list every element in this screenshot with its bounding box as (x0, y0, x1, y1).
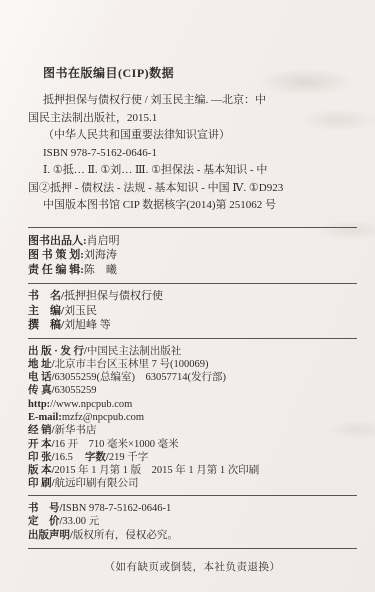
row-editor: 责 任 编 辑:陈 曦 (28, 263, 357, 278)
row-value: 63055259 (55, 385, 97, 396)
row-label: 传 真/ (28, 385, 55, 396)
row-value: 刘海涛 (84, 249, 117, 261)
cip-isbn-line: ISBN 978-7-5162-0646-1 (28, 145, 357, 163)
row-value: 北京市丰台区玉林里 7 号(100069) (55, 359, 209, 370)
cip-classification-line-2: 国②抵押 - 债权法 - 法规 - 基本知识 - 中国 Ⅳ. ①D923 (28, 180, 357, 198)
row-label: 印 刷/ (28, 478, 55, 489)
row-label: 出 版 · 发 行/ (28, 346, 87, 357)
row-chief-editor: 主 编/刘玉民 (28, 304, 357, 319)
row-value: 2015 年 1 月第 1 版 2015 年 1 月第 1 次印刷 (55, 465, 260, 476)
row-label: 书 名/ (28, 290, 64, 302)
row-label: 出版声明/ (28, 530, 73, 541)
publishing-section: 出 版 · 发 行/中国民主法制出版社 地 址/北京市丰台区玉林里 7 号(10… (28, 345, 357, 491)
cip-classification-line-1: Ⅰ. ①抵… Ⅱ. ①刘… Ⅲ. ①担保法 - 基本知识 - 中 (28, 162, 357, 180)
row-producer: 图书出品人:肖启明 (28, 234, 357, 249)
row-planner: 图 书 策 划:刘海涛 (28, 248, 357, 263)
row-label-2: 字数/ (85, 452, 109, 463)
row-label: 经 销/ (28, 425, 55, 436)
row-writer: 撰 稿/刘旭峰 等 (28, 318, 357, 333)
page-content: 图书在版编目(CIP)数据 抵押担保与债权行使 / 刘玉民主编. —北京：中 国… (0, 0, 375, 574)
row-distributor: 经 销/新华书店 (28, 424, 357, 437)
row-value: 刘玉民 (64, 305, 97, 317)
row-value: 陈 曦 (84, 264, 117, 276)
row-value: 63055259(总编室) 63057714(发行部) (55, 372, 227, 383)
row-isbn: 书 号/ISBN 978-7-5162-0646-1 (28, 502, 357, 516)
replacement-notice: （如有缺页或倒装，本社负责退换） (28, 559, 357, 574)
isbn-price-section: 书 号/ISBN 978-7-5162-0646-1 定 价/33.00 元 出… (28, 502, 357, 543)
row-value: 刘旭峰 等 (64, 319, 111, 331)
divider (28, 548, 357, 549)
row-label: 责 任 编 辑: (28, 264, 84, 276)
row-value: 新华书店 (55, 425, 97, 436)
cip-title-line: 抵押担保与债权行使 / 刘玉民主编. —北京：中 (28, 92, 357, 110)
row-sheets-wordcount: 印 张/16.5字数/219 千字 (28, 451, 357, 464)
row-value: //www.npcpub.com (50, 399, 132, 410)
row-label: 主 编/ (28, 305, 64, 317)
book-copyright-page: 图书在版编目(CIP)数据 抵押担保与债权行使 / 刘玉民主编. —北京：中 国… (0, 0, 375, 592)
row-label: 图 书 策 划: (28, 249, 84, 261)
cip-heading: 图书在版编目(CIP)数据 (43, 64, 357, 81)
cip-record-number-line: 中国版本图书馆 CIP 数据核字(2014)第 251062 号 (28, 197, 357, 215)
row-publisher: 出 版 · 发 行/中国民主法制出版社 (28, 345, 357, 358)
row-book-title: 书 名/抵押担保与债权行使 (28, 289, 357, 304)
row-label: 定 价/ (28, 516, 62, 527)
row-value: 16 开 710 毫米×1000 毫米 (55, 439, 179, 450)
cip-block: 抵押担保与债权行使 / 刘玉民主编. —北京：中 国民主法制出版社，2015.1… (28, 92, 357, 215)
row-address: 地 址/北京市丰台区玉林里 7 号(100069) (28, 358, 357, 371)
row-label: 图书出品人: (28, 235, 87, 247)
row-value: mzfz@npcpub.com (62, 412, 144, 423)
row-label: http: (28, 399, 50, 410)
row-value-2: 219 千字 (109, 452, 148, 463)
row-value: 16.5 (55, 452, 73, 463)
row-value: 中国民主法制出版社 (87, 346, 182, 357)
row-phone: 电 话/63055259(总编室) 63057714(发行部) (28, 371, 357, 384)
row-label: 电 话/ (28, 372, 55, 383)
row-label: 地 址/ (28, 359, 55, 370)
row-value: 33.00 元 (62, 516, 99, 527)
divider (28, 227, 357, 228)
row-value: 航远印刷有限公司 (55, 478, 139, 489)
cip-publisher-line: 国民主法制出版社，2015.1 (28, 110, 357, 128)
row-website: http://www.npcpub.com (28, 398, 357, 411)
book-info-section: 书 名/抵押担保与债权行使 主 编/刘玉民 撰 稿/刘旭峰 等 (28, 289, 357, 333)
divider (28, 495, 357, 496)
row-value: ISBN 978-7-5162-0646-1 (62, 503, 171, 514)
row-label: 开 本/ (28, 439, 55, 450)
row-fax: 传 真/63055259 (28, 384, 357, 397)
row-price: 定 价/33.00 元 (28, 515, 357, 529)
row-value: 版权所有，侵权必究。 (73, 530, 178, 541)
divider (28, 338, 357, 339)
row-format: 开 本/16 开 710 毫米×1000 毫米 (28, 438, 357, 451)
credits-section: 图书出品人:肖启明 图 书 策 划:刘海涛 责 任 编 辑:陈 曦 (28, 234, 357, 278)
row-label: 版 本/ (28, 465, 55, 476)
row-label: 印 张/ (28, 452, 55, 463)
row-printer: 印 刷/航远印刷有限公司 (28, 477, 357, 490)
row-copyright-statement: 出版声明/版权所有，侵权必究。 (28, 529, 357, 543)
row-label: 书 号/ (28, 503, 62, 514)
row-label: E-mail: (28, 412, 62, 423)
row-label: 撰 稿/ (28, 319, 64, 331)
divider (28, 283, 357, 284)
row-value: 肖启明 (87, 235, 120, 247)
row-email: E-mail:mzfz@npcpub.com (28, 411, 357, 424)
cip-series-line: （中华人民共和国重要法律知识宣讲） (28, 127, 357, 145)
row-value: 抵押担保与债权行使 (64, 290, 163, 302)
row-edition: 版 本/2015 年 1 月第 1 版 2015 年 1 月第 1 次印刷 (28, 464, 357, 477)
